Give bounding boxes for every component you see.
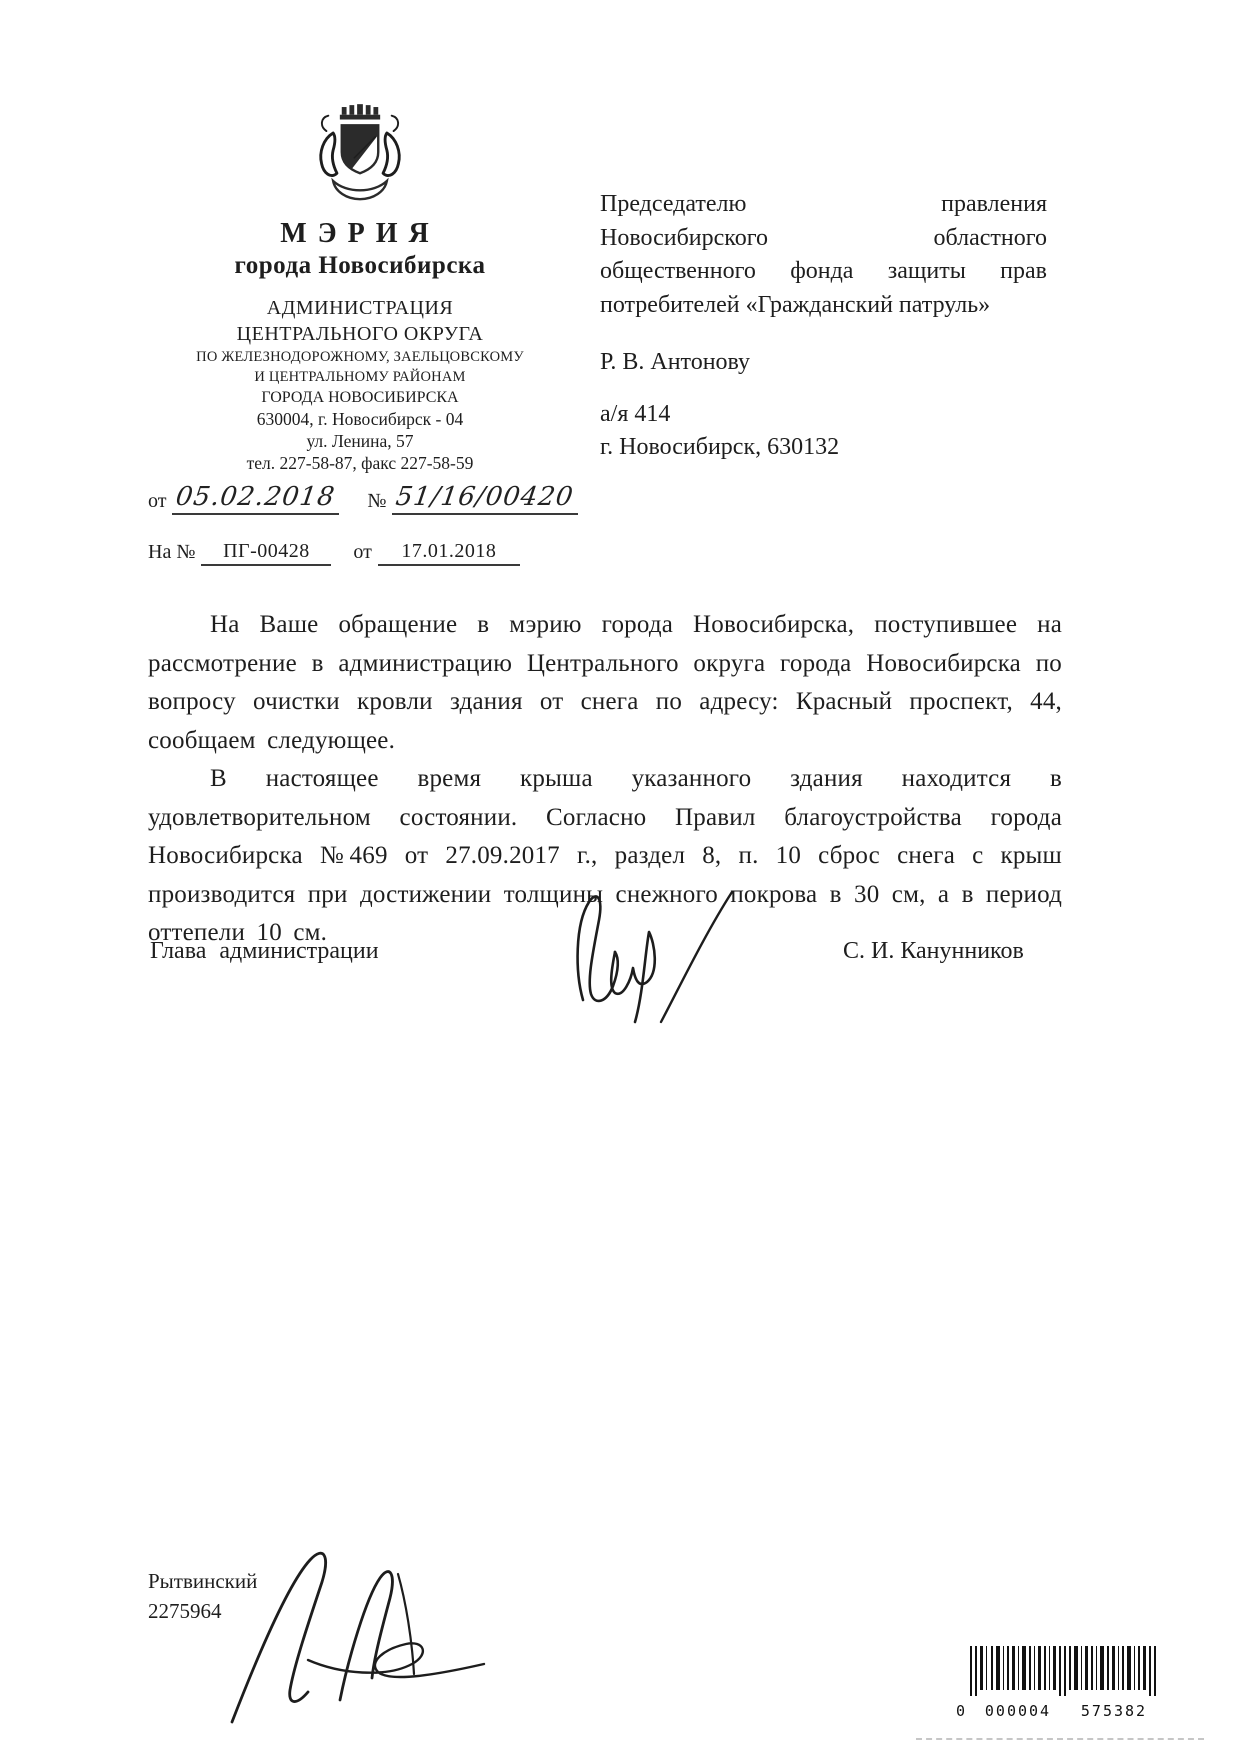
- executor-signature-scribble: [172, 1532, 502, 1727]
- org-phone-fax: тел. 227-58-87, факс 227-58-59: [120, 452, 600, 474]
- outgoing-date-value: 05.02.2018: [174, 482, 337, 512]
- head-signature: [545, 872, 745, 1030]
- signer-title: Глава администрации: [150, 938, 379, 965]
- incoming-reference-line: На № ПГ-00428 от 17.01.2018: [148, 540, 520, 566]
- recipient-city: г. Новосибирск, 630132: [600, 431, 1047, 465]
- incoming-number-value: ПГ-00428: [223, 540, 310, 562]
- outgoing-number-label: №: [367, 490, 392, 515]
- recipient-org-line1: Председателю правления: [600, 188, 1047, 222]
- scan-artifact-line: [916, 1738, 1204, 1740]
- barcode-digit-first: 0: [956, 1702, 970, 1720]
- outgoing-date-label: от: [148, 490, 172, 515]
- org-dept-line1: АДМИНИСТРАЦИЯ: [120, 295, 600, 321]
- incoming-number-label: На №: [148, 541, 201, 566]
- outgoing-date-field: 05.02.2018: [172, 482, 339, 515]
- recipient-org-line3: общественного фонда защиты прав: [600, 255, 1047, 289]
- incoming-date-label: от: [353, 541, 377, 566]
- org-street-address: ул. Ленина, 57: [120, 430, 600, 452]
- recipient-block: Председателю правления Новосибирского об…: [600, 188, 1047, 465]
- org-name-meria: МЭРИЯ: [120, 218, 600, 250]
- outgoing-number-field: 51/16/00420: [392, 482, 577, 515]
- body-paragraph-1: На Ваше обращение в мэрию города Новосиб…: [148, 606, 1062, 760]
- novosibirsk-coat-of-arms-icon: [312, 104, 408, 208]
- letterhead-org-block: МЭРИЯ города Новосибирска АДМИНИСТРАЦИЯ …: [120, 104, 600, 474]
- scanned-letter-page: МЭРИЯ города Новосибирска АДМИНИСТРАЦИЯ …: [0, 0, 1240, 1754]
- org-districts-line2: И ЦЕНТРАЛЬНОМУ РАЙОНАМ: [120, 367, 600, 387]
- barcode-digits-left: 000004: [970, 1702, 1066, 1720]
- outgoing-reference-line: от 05.02.2018 № 51/16/00420: [148, 482, 578, 515]
- recipient-org-line2: Новосибирского областного: [600, 222, 1047, 256]
- barcode-digits-right: 575382: [1066, 1702, 1162, 1720]
- outgoing-number-value: 51/16/00420: [394, 482, 576, 512]
- barcode-bars: [956, 1646, 1168, 1696]
- recipient-org-line4: потребителей «Гражданский патруль»: [600, 289, 1047, 323]
- incoming-date-value: 17.01.2018: [401, 540, 496, 562]
- org-name-city: города Новосибирска: [120, 250, 600, 281]
- incoming-number-field: ПГ-00428: [201, 540, 331, 566]
- barcode: 0 000004 575382: [956, 1646, 1168, 1720]
- barcode-digits: 0 000004 575382: [956, 1702, 1168, 1720]
- signer-name: С. И. Канунников: [843, 938, 1024, 965]
- recipient-person: Р. В. Антонову: [600, 346, 1047, 380]
- org-districts-line3: ГОРОДА НОВОСИБИРСКА: [120, 387, 600, 408]
- incoming-date-field: 17.01.2018: [378, 540, 520, 566]
- org-districts-line1: ПО ЖЕЛЕЗНОДОРОЖНОМУ, ЗАЕЛЬЦОВСКОМУ: [120, 347, 600, 367]
- org-dept-line2: ЦЕНТРАЛЬНОГО ОКРУГА: [120, 321, 600, 347]
- org-postal-address: 630004, г. Новосибирск - 04: [120, 408, 600, 430]
- recipient-po-box: а/я 414: [600, 398, 1047, 432]
